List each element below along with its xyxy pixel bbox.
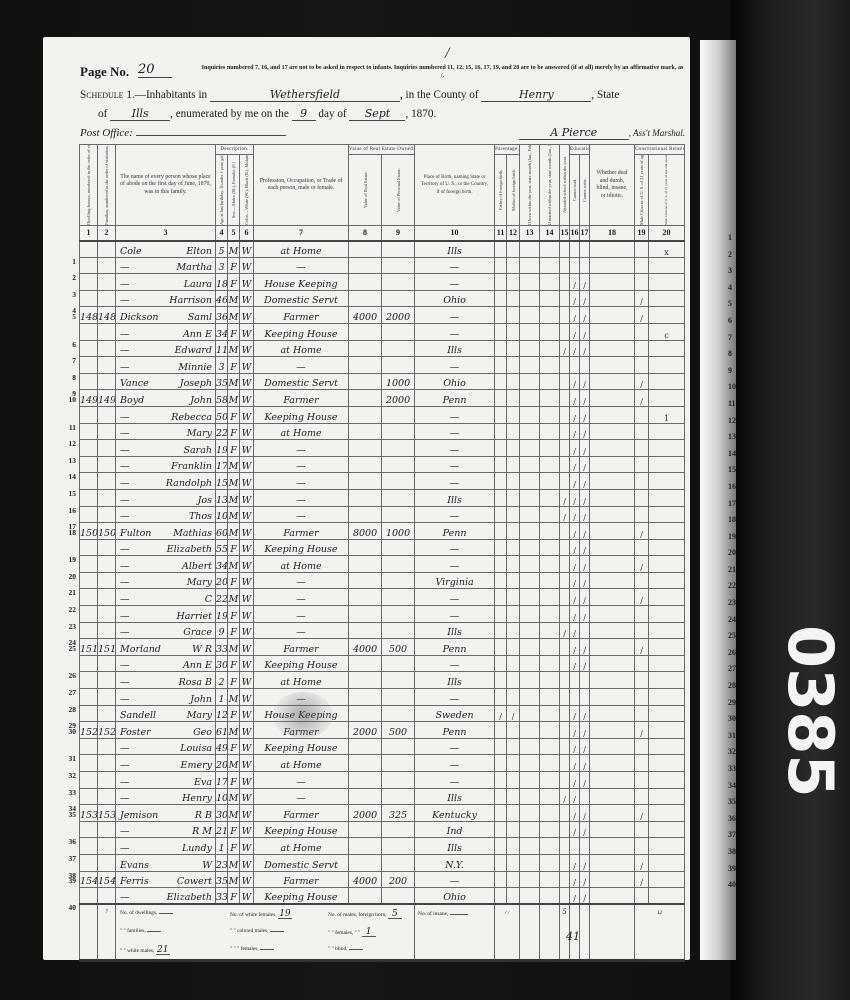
attended-school-mark-cell: [560, 854, 570, 871]
disability-cell: [590, 821, 635, 838]
cannot-write-mark: /: [583, 414, 586, 423]
occupation-cell: at Home: [254, 556, 349, 573]
cannot-write-mark: /: [583, 513, 586, 522]
person-name-cell: BoydJohn: [116, 390, 216, 407]
sex-cell: F: [228, 772, 240, 789]
adjacent-line-number: 10: [728, 379, 736, 396]
color: W: [242, 611, 252, 622]
birthplace: —: [450, 478, 460, 489]
color: W: [242, 810, 252, 821]
birthplace: Ohio: [443, 378, 466, 389]
occupation: at Home: [280, 561, 321, 572]
age-cell: 11: [216, 340, 228, 357]
born-within-year-cell: [520, 357, 540, 374]
col-head-3: The name of every person whose place of …: [116, 145, 216, 226]
cannot-write-mark: /: [583, 563, 586, 572]
adjacent-line-number: 30: [728, 711, 736, 728]
male-citizen-mark-cell: [635, 689, 649, 706]
dwelling-number-cell: 3: [80, 274, 98, 291]
person-name-cell: —Emery: [116, 755, 216, 772]
person-name-cell: FosterGeo: [116, 722, 216, 739]
male-citizen-mark-cell: [635, 755, 649, 772]
summary-c14: [540, 904, 560, 960]
dwelling-number-cell: 31: [80, 738, 98, 755]
occupation-cell: at Home: [254, 672, 349, 689]
sex: M: [229, 528, 239, 539]
age: 50: [216, 412, 228, 423]
sex-cell: F: [228, 572, 240, 589]
cannot-read-mark-cell: [570, 257, 580, 274]
male-citizen-mark-cell: [635, 772, 649, 789]
given-name: Eva: [194, 777, 212, 788]
occupation: Farmer: [283, 727, 318, 738]
personal-estate-value-cell: 1000: [382, 373, 415, 390]
real-estate-value-cell: [349, 423, 382, 440]
person-name-cell: JemisonR B: [116, 805, 216, 822]
cannot-write-mark-cell: /: [580, 639, 590, 656]
dwelling-number: 152: [80, 727, 98, 738]
adjacent-line-number: 2: [728, 247, 736, 264]
surname: —: [116, 677, 130, 688]
family-number: 154: [98, 876, 116, 887]
married-within-year-cell: [540, 655, 560, 672]
age: 34: [216, 561, 228, 572]
father-foreign-mark-cell: [495, 290, 507, 307]
adjacent-line-number: 23: [728, 595, 736, 612]
vote-denied-mark-cell: [649, 340, 685, 357]
born-within-year-cell: [520, 456, 540, 473]
day-of-label: day of: [318, 108, 346, 120]
age: 23: [216, 860, 228, 871]
male-citizen-mark-cell: [635, 274, 649, 291]
age: 20: [216, 577, 228, 588]
person-name-cell: —Elizabeth: [116, 888, 216, 905]
family-number-cell: [98, 738, 116, 755]
mother-foreign-mark-cell: [507, 257, 520, 274]
table-row: 8—Minnie3FW——: [80, 357, 685, 374]
color-cell: W: [240, 888, 254, 905]
col-head-18: Whether deaf and dumb, blind, insane, or…: [590, 145, 635, 226]
table-row: 33—Eva17FW——//: [80, 772, 685, 789]
family-number-cell: [98, 821, 116, 838]
color-cell: W: [240, 871, 254, 888]
personal-estate-value-cell: [382, 406, 415, 423]
mother-foreign-mark-cell: [507, 456, 520, 473]
male-citizen-mark-cell: [635, 622, 649, 639]
cannot-write-mark: /: [583, 812, 586, 821]
attended-school-mark-cell: /: [560, 788, 570, 805]
age-cell: 20: [216, 572, 228, 589]
dwelling-number-cell: 32: [80, 755, 98, 772]
frame-number: 0385: [780, 620, 840, 900]
color: W: [242, 495, 252, 506]
male-citizen-mark: /: [640, 380, 643, 389]
birthplace: Ills: [447, 677, 462, 688]
sex-cell: F: [228, 406, 240, 423]
surname: —: [116, 295, 130, 306]
age-cell: 3: [216, 257, 228, 274]
surname: —: [116, 544, 130, 555]
male-citizen-mark-cell: /: [635, 722, 649, 739]
personal-estate-value-cell: 2000: [382, 390, 415, 407]
color-cell: W: [240, 456, 254, 473]
header-line-1: Page No. 20 Inquiries numbered 7, 16, an…: [80, 64, 680, 84]
description-group-head: Description.: [216, 145, 254, 155]
personal-estate-value-cell: [382, 539, 415, 556]
cannot-write-mark-cell: /: [580, 390, 590, 407]
sex: M: [229, 312, 239, 323]
mother-foreign-mark-cell: [507, 539, 520, 556]
age-cell: 30: [216, 805, 228, 822]
disability-cell: [590, 423, 635, 440]
real-estate-value-cell: [349, 440, 382, 457]
attended-school-mark-cell: [560, 473, 570, 490]
birthplace-cell: N.Y.: [415, 854, 495, 871]
dwelling-number-cell: 26: [80, 655, 98, 672]
occupation: at Home: [280, 677, 321, 688]
cannot-write-mark-cell: /: [580, 406, 590, 423]
mother-foreign-mark-cell: [507, 440, 520, 457]
real-estate-value-cell: [349, 738, 382, 755]
cannot-write-mark: /: [583, 297, 586, 306]
married-within-year-cell: [540, 772, 560, 789]
age-cell: 61: [216, 722, 228, 739]
person-name-cell: —Rosa B: [116, 672, 216, 689]
frame-number-text: 0385: [775, 625, 845, 685]
birthplace-cell: —: [415, 871, 495, 888]
dwelling-number-cell: 36: [80, 821, 98, 838]
table-row: 25151151MorlandW R33MWFarmer4000500Penn/…: [80, 639, 685, 656]
given-name: Lundy: [182, 843, 212, 854]
summary-colored-females: " " " females,: [230, 946, 328, 955]
born-within-year-cell: [520, 871, 540, 888]
born-within-year-cell: [520, 506, 540, 523]
cannot-write-mark-cell: [580, 788, 590, 805]
mother-foreign-mark-cell: [507, 805, 520, 822]
surname: —: [116, 262, 130, 273]
occupation: —: [296, 594, 306, 605]
column-number: 17: [580, 226, 590, 241]
personal-estate-value: 1000: [386, 378, 410, 389]
mother-foreign-mark: /: [512, 712, 515, 721]
column-number: 13: [520, 226, 540, 241]
vote-denied-mark-cell: [649, 722, 685, 739]
color-cell: W: [240, 357, 254, 374]
dwelling-number-cell: 6: [80, 323, 98, 340]
father-foreign-mark-cell: [495, 854, 507, 871]
state-label: , State: [591, 89, 619, 101]
surname: —: [116, 777, 130, 788]
sex-cell: M: [228, 506, 240, 523]
birthplace: —: [450, 561, 460, 572]
occupation-cell: Farmer: [254, 639, 349, 656]
age: 3: [218, 362, 224, 373]
cannot-write-mark-cell: /: [580, 871, 590, 888]
mother-foreign-mark-cell: [507, 290, 520, 307]
real-estate-value-cell: [349, 705, 382, 722]
occupation-cell: —: [254, 689, 349, 706]
occupation-cell: —: [254, 772, 349, 789]
census-table-wrap: Dwelling-houses, numbered in the order o…: [79, 144, 684, 962]
age: 10: [216, 511, 228, 522]
family-number-cell: [98, 257, 116, 274]
color-cell: W: [240, 257, 254, 274]
summary-blank: [80, 904, 98, 960]
male-citizen-mark-cell: [635, 456, 649, 473]
born-within-year-cell: [520, 821, 540, 838]
age-cell: 19: [216, 606, 228, 623]
dwelling-number-cell: 19: [80, 539, 98, 556]
attended-school-mark-cell: [560, 539, 570, 556]
given-name: Joseph: [180, 378, 212, 389]
attended-school-mark-cell: [560, 871, 570, 888]
occupation-cell: —: [254, 473, 349, 490]
birthplace-cell: —: [415, 606, 495, 623]
attended-school-mark-cell: [560, 655, 570, 672]
vote-denied-mark-cell: [649, 506, 685, 523]
sex-cell: F: [228, 423, 240, 440]
married-within-year-cell: [540, 456, 560, 473]
father-foreign-mark-cell: [495, 473, 507, 490]
line-number: 20: [50, 572, 76, 581]
occupation-cell: Farmer: [254, 871, 349, 888]
age-cell: 36: [216, 307, 228, 324]
dwelling-number-cell: 7: [80, 340, 98, 357]
adjacent-line-number: 7: [728, 330, 736, 347]
disability-cell: [590, 838, 635, 855]
male-citizen-mark-cell: /: [635, 854, 649, 871]
birthplace: N.Y.: [445, 860, 464, 871]
cannot-read-mark-cell: [570, 357, 580, 374]
col-head-17: Cannot write.: [580, 155, 590, 226]
line-number: 23: [50, 622, 76, 631]
male-citizen-mark-cell: /: [635, 805, 649, 822]
age: 33: [216, 644, 228, 655]
person-name-cell: FultonMathias: [116, 523, 216, 540]
birthplace-cell: —: [415, 755, 495, 772]
birthplace: Ohio: [443, 295, 466, 306]
cannot-read-mark: /: [573, 812, 576, 821]
column-number: 1: [80, 226, 98, 241]
given-name: Laura: [184, 279, 212, 290]
occupation-cell: —: [254, 589, 349, 606]
birthplace-cell: Penn: [415, 390, 495, 407]
cannot-write-mark-cell: /: [580, 772, 590, 789]
cannot-write-mark-cell: /: [580, 274, 590, 291]
vote-denied-mark-cell: [649, 755, 685, 772]
cannot-read-mark-cell: /: [570, 871, 580, 888]
sex: M: [229, 495, 239, 506]
person-name-cell: —Martha: [116, 257, 216, 274]
line-number: 1: [50, 257, 76, 266]
birthplace: —: [450, 362, 460, 373]
dwelling-number-cell: 39154: [80, 871, 98, 888]
mother-foreign-mark-cell: [507, 788, 520, 805]
disability-cell: [590, 572, 635, 589]
dwelling-number-cell: 33: [80, 772, 98, 789]
summary-citizens-total: 12: [635, 904, 685, 960]
adjacent-line-number: 8: [728, 346, 736, 363]
constitutional-group-head: Constitutional Relations.: [635, 145, 685, 155]
mother-foreign-mark-cell: [507, 307, 520, 324]
occupation-cell: —: [254, 257, 349, 274]
sex-cell: F: [228, 738, 240, 755]
top-mark: /: [445, 45, 449, 63]
adjacent-line-number: 12: [728, 413, 736, 430]
summary-c13: [520, 904, 540, 960]
cannot-write-mark-cell: /: [580, 606, 590, 623]
cannot-write-mark-cell: /: [580, 323, 590, 340]
birthplace-cell: —: [415, 274, 495, 291]
sex: F: [230, 577, 237, 588]
father-foreign-mark-cell: /: [495, 705, 507, 722]
age-cell: 35: [216, 373, 228, 390]
occupation: at Home: [280, 843, 321, 854]
surname: —: [116, 445, 130, 456]
person-name-cell: —Mary: [116, 423, 216, 440]
age: 1: [218, 843, 224, 854]
birthplace-cell: Penn: [415, 722, 495, 739]
born-within-year-cell: [520, 655, 540, 672]
line-number: 22: [50, 605, 76, 614]
col-head-9: Value of Personal Estate.: [382, 155, 415, 226]
disability-cell: [590, 672, 635, 689]
age: 13: [216, 495, 228, 506]
male-citizen-mark: /: [640, 862, 643, 871]
column-number: 8: [349, 226, 382, 241]
age-cell: 12: [216, 705, 228, 722]
person-name-cell: —Edward: [116, 340, 216, 357]
mother-foreign-mark-cell: [507, 340, 520, 357]
birthplace-cell: —: [415, 556, 495, 573]
table-row: 6—Ann E34FWKeeping House—//c: [80, 323, 685, 340]
col-head-15: Attended school within the year.: [560, 145, 570, 226]
born-within-year-cell: [520, 539, 540, 556]
born-within-year-cell: [520, 290, 540, 307]
male-citizen-mark-cell: [635, 257, 649, 274]
sex: M: [229, 644, 239, 655]
born-within-year-cell: [520, 406, 540, 423]
person-name-cell: —Sarah: [116, 440, 216, 457]
occupation: —: [296, 577, 306, 588]
dwelling-number-cell: 35153: [80, 805, 98, 822]
occupation: —: [296, 461, 306, 472]
given-name: Mary: [187, 710, 212, 721]
sex-cell: F: [228, 672, 240, 689]
birthplace: —: [450, 329, 460, 340]
person-name-cell: DicksonSaml: [116, 307, 216, 324]
age: 61: [216, 727, 228, 738]
father-foreign-mark-cell: [495, 622, 507, 639]
birthplace: Virginia: [435, 577, 473, 588]
disability-cell: [590, 772, 635, 789]
disability-cell: [590, 357, 635, 374]
given-name: Louisa: [180, 743, 212, 754]
table-row: 20—Albert34MWat Home—///: [80, 556, 685, 573]
occupation: Farmer: [283, 312, 318, 323]
table-row: 2—Martha3FW——: [80, 257, 685, 274]
sex: M: [229, 594, 239, 605]
birthplace-cell: Ills: [415, 241, 495, 258]
married-within-year-cell: [540, 489, 560, 506]
cannot-read-mark: /: [573, 297, 576, 306]
family-number-cell: [98, 539, 116, 556]
occupation: —: [296, 777, 306, 788]
color-cell: W: [240, 473, 254, 490]
page-no-value: 20: [138, 62, 172, 78]
cannot-read-mark-cell: [570, 241, 580, 258]
person-name-cell: —Albert: [116, 556, 216, 573]
married-within-year-cell: [540, 257, 560, 274]
father-foreign-mark-cell: [495, 639, 507, 656]
cannot-write-mark-cell: /: [580, 307, 590, 324]
personal-estate-value-cell: [382, 423, 415, 440]
adjacent-line-number: 29: [728, 695, 736, 712]
adjacent-line-number: 21: [728, 562, 736, 579]
real-estate-value-cell: 4000: [349, 871, 382, 888]
attended-school-mark-cell: [560, 307, 570, 324]
adjacent-line-number: 26: [728, 645, 736, 662]
birthplace-cell: Ills: [415, 788, 495, 805]
attended-school-mark-cell: [560, 755, 570, 772]
cannot-write-mark-cell: /: [580, 854, 590, 871]
line-number: 15: [50, 489, 76, 498]
vote-denied-mark-cell: [649, 821, 685, 838]
page-no-label: Page No.: [80, 64, 129, 80]
adjacent-line-number: 40: [728, 877, 736, 894]
age: 46: [216, 295, 228, 306]
age-cell: 2: [216, 672, 228, 689]
cannot-read-mark: /: [573, 596, 576, 605]
table-row: 11—Rebecca50FWKeeping House—//1: [80, 406, 685, 423]
surname: —: [116, 694, 130, 705]
male-citizen-mark-cell: [635, 655, 649, 672]
dwelling-number-cell: 17: [80, 506, 98, 523]
father-foreign-mark-cell: [495, 257, 507, 274]
born-within-year-cell: [520, 307, 540, 324]
dwelling-number-cell: 9: [80, 373, 98, 390]
table-row: 32—Emery20MWat Home—//: [80, 755, 685, 772]
col-head-13: If born within the year, state month (Ja…: [520, 145, 540, 226]
column-number: 3: [116, 226, 216, 241]
birthplace-cell: —: [415, 423, 495, 440]
dwelling-number-cell: 38: [80, 854, 98, 871]
cannot-read-mark: /: [573, 762, 576, 771]
vote-denied-mark-cell: [649, 622, 685, 639]
married-within-year-cell: [540, 357, 560, 374]
col-head-11: Father of foreign birth.: [495, 155, 507, 226]
mother-foreign-mark-cell: [507, 821, 520, 838]
occupation-cell: Domestic Servt: [254, 854, 349, 871]
color-cell: W: [240, 606, 254, 623]
table-row: 5148148DicksonSaml36MWFarmer40002000—///: [80, 307, 685, 324]
cannot-read-mark: /: [573, 629, 576, 638]
born-within-year-cell: [520, 772, 540, 789]
adjacent-line-number: 39: [728, 861, 736, 878]
line-number: 14: [50, 472, 76, 481]
person-name-cell: —Harrison: [116, 290, 216, 307]
vote-denied-mark-cell: [649, 805, 685, 822]
mother-foreign-mark-cell: [507, 556, 520, 573]
married-within-year-cell: [540, 506, 560, 523]
attended-school-mark-cell: [560, 257, 570, 274]
birthplace-cell: Penn: [415, 639, 495, 656]
personal-estate-value-cell: [382, 888, 415, 905]
col-head-7: Profession, Occupation, or Trade of each…: [254, 145, 349, 226]
surname: —: [116, 594, 130, 605]
summary-colored-males: " " colored males,: [230, 928, 328, 937]
occupation-cell: at Home: [254, 241, 349, 258]
